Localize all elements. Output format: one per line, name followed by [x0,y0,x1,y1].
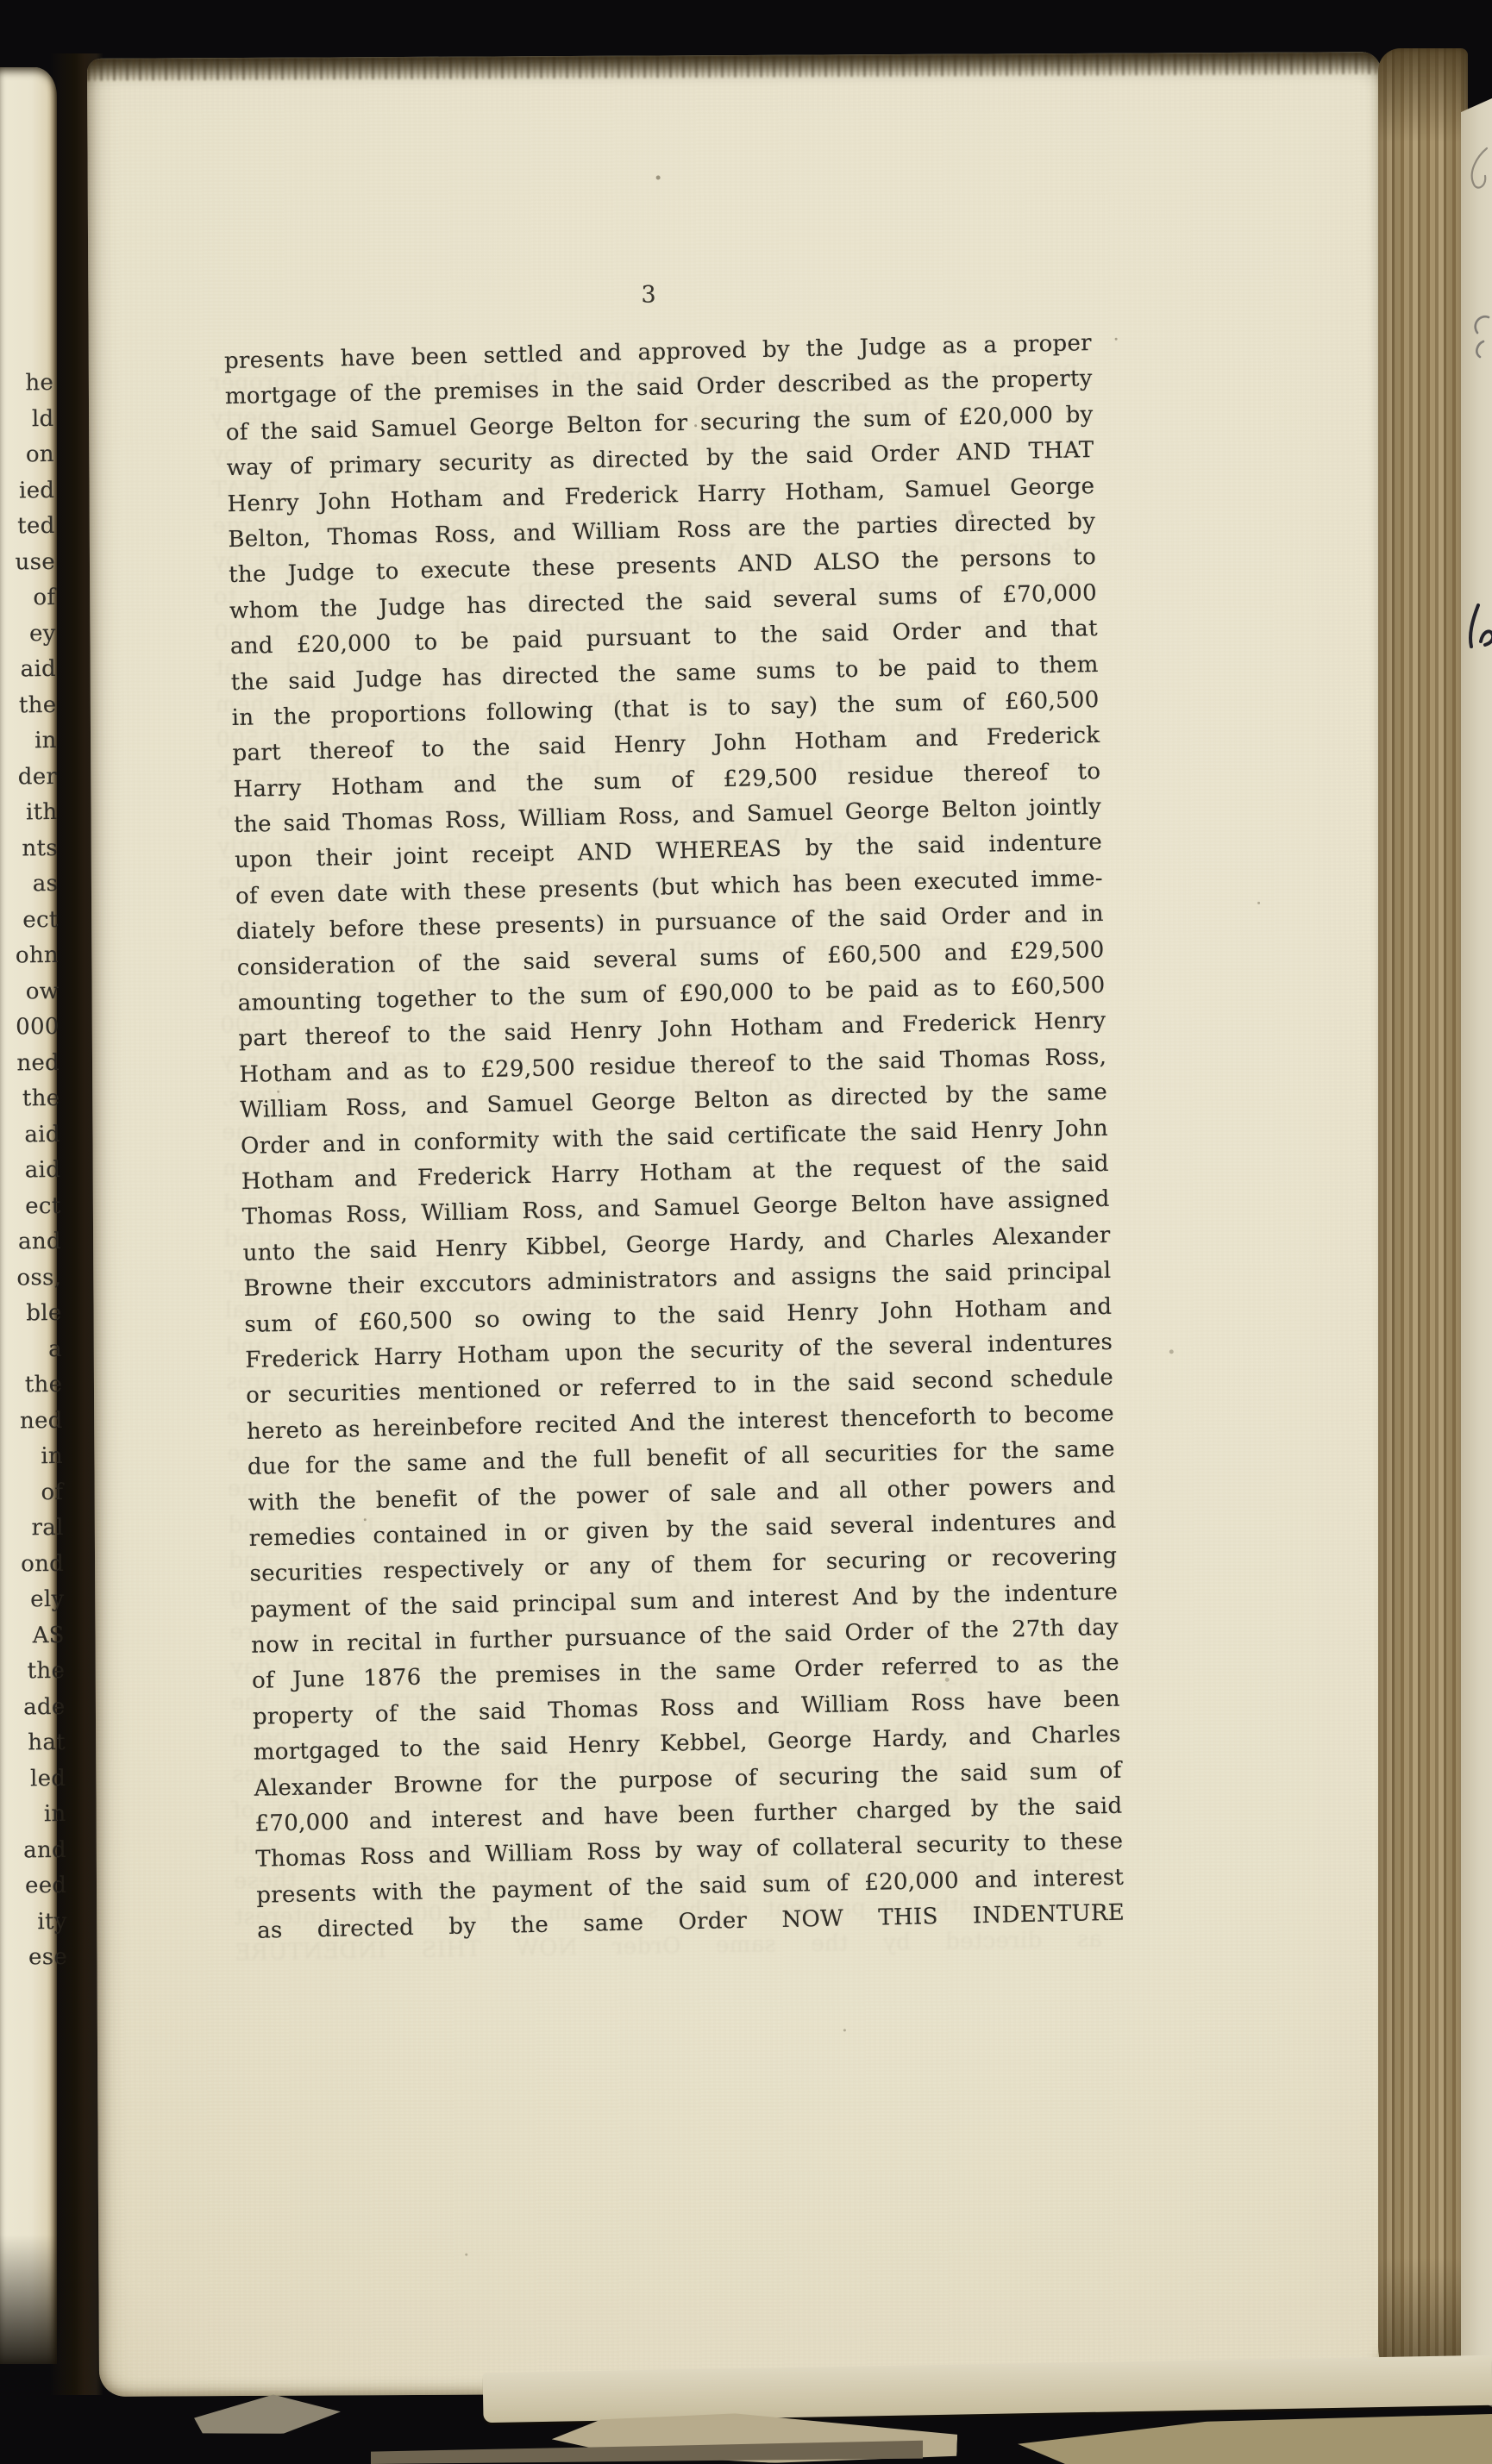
facing-page-edge: heldoniedteduseofeyaidtheinderithntsasec… [0,67,57,2364]
facing-page-line-fragment: ld [0,401,58,438]
handwriting-mark [1461,312,1492,372]
underlying-sheet [1461,98,1492,2407]
body-text-block: presents have been settled and approved … [224,326,1125,1949]
fore-edge-pages [1378,48,1468,2398]
page-top-edge-grime [87,52,1381,81]
sheet-edge [1018,2414,1492,2464]
sheet-edge [193,2390,342,2440]
book-photo: { "page": { "number": "3", "lines": [ "p… [0,0,1492,2464]
handwriting-mark [1461,143,1492,221]
page-number: 3 [223,279,1091,310]
handwriting-mark [1461,598,1492,667]
facing-page-line-fragment: he [0,366,57,403]
document-page: presents have been settled and approved … [87,52,1393,2397]
dust-specks [87,59,90,61]
